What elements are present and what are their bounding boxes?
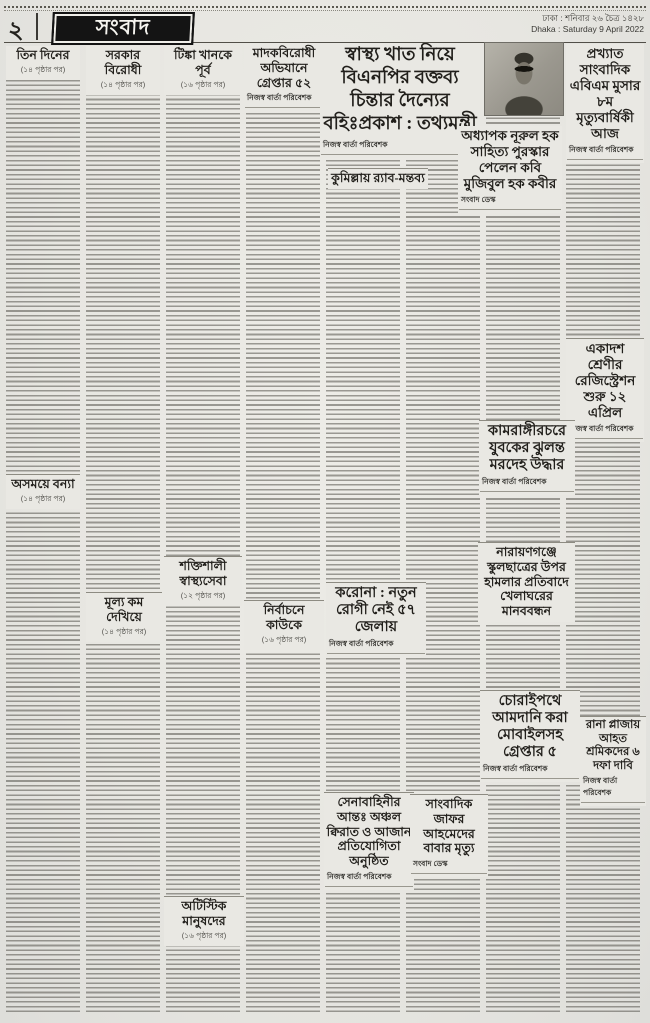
byline: নিজস্ব বার্তা পরিবেশক <box>325 872 413 887</box>
body-text-column <box>6 47 80 1015</box>
continuation-note: (১৬ পৃষ্ঠার পর) <box>165 80 241 92</box>
headline: রানা প্লাজায় আহত শ্রমিকদের ৬ দফা দাবি <box>581 719 645 773</box>
headline: অধ্যাপক নূরুল হক সাহিত্য পুরস্কার পেলেন … <box>459 128 561 192</box>
byline: সংবাদ ডেস্ক <box>411 859 487 874</box>
byline: নিজস্ব বার্তা পরিবেশক <box>567 145 643 160</box>
story-stolen-mobiles: চোরাইপথে আমদানি করা মোবাইলসহ গ্রেপ্তার ৫… <box>480 690 580 782</box>
headline: তিন দিনের <box>7 48 79 63</box>
headline: শক্তিশালী স্বাস্থ্যসেবা <box>165 559 241 589</box>
byline: নিজস্ব বার্তা পরিবেশক <box>245 93 323 108</box>
news-photo <box>484 42 564 116</box>
headline: সেনাবাহিনীর আন্তঃ অঞ্চল ক্বিরাত ও আজান প… <box>325 795 413 869</box>
story-strong-health: শক্তিশালী স্বাস্থ্যসেবা (১২ পৃষ্ঠার পর) <box>164 556 242 606</box>
headline: চোরাইপথে আমদানি করা মোবাইলসহ গ্রেপ্তার ৫ <box>481 693 579 761</box>
headline: সাংবাদিক জাফর আহমেদের বাবার মৃত্যু <box>411 797 487 856</box>
continuation-note: (১৬ পৃষ্ঠার পর) <box>165 931 243 943</box>
masthead-logo: সংবাদ <box>51 12 195 45</box>
headline: নারায়ণগঞ্জে স্কুলছাত্রের উপর হামলার প্র… <box>479 545 574 619</box>
headline: প্রখ্যাত সাংবাদিক এবিএম মুসার ৮ম মৃত্যুব… <box>567 46 643 142</box>
headline: মাদকবিরোধী অভিযানে গ্রেপ্তার ৫২ <box>245 46 323 90</box>
byline: নিজস্ব বার্তা পরিবেশক <box>327 639 425 654</box>
story-comilla-rab: কুমিল্লায় র‍্যাব-মন্তব্য <box>328 168 428 189</box>
body-text-column <box>86 47 160 1015</box>
continuation-note: (১৬ পৃষ্ঠার পর) <box>245 635 323 647</box>
headline: টিঙ্কা খানকে পূর্ব <box>165 48 241 78</box>
story-autistic: অটিস্টিক মানুষদের (১৬ পৃষ্ঠার পর) <box>164 896 244 946</box>
story-three-days: তিন দিনের (১৪ পৃষ্ঠার পর) <box>6 46 80 80</box>
headline: অসময়ে বন্যা <box>7 477 79 492</box>
byline: নিজস্ব বার্তা পরিবেশক <box>481 764 579 779</box>
story-lead: স্বাস্থ্য খাত নিয়ে বিএনপির বক্তব্য চিন্… <box>320 42 480 158</box>
date-english: Dhaka : Saturday 9 April 2022 <box>531 24 644 35</box>
page-number-divider <box>36 13 38 40</box>
continuation-note: (১৪ পৃষ্ঠার পর) <box>87 80 159 92</box>
story-anti-drug: মাদকবিরোধী অভিযানে গ্রেপ্তার ৫২ নিজস্ব ব… <box>244 44 324 111</box>
headline: একাদশ শ্রেণীর রেজিস্ট্রেশন শুরু ১২ এপ্রি… <box>567 341 643 421</box>
continuation-note: (১৪ পৃষ্ঠার পর) <box>7 494 79 506</box>
headline: স্বাস্থ্য খাত নিয়ে বিএনপির বক্তব্য চিন্… <box>321 44 479 137</box>
body-text-column <box>166 47 240 1015</box>
headline: কামরাঙ্গীরচরে যুবকের ঝুলন্ত মরদেহ উদ্ধার <box>480 423 574 474</box>
story-jafar-father: সাংবাদিক জাফর আহমেদের বাবার মৃত্যু সংবাদ… <box>410 794 488 877</box>
story-rana-plaza: রানা প্লাজায় আহত শ্রমিকদের ৬ দফা দাবি ন… <box>580 716 646 806</box>
story-narayanganj: নারায়ণগঞ্জে স্কুলছাত্রের উপর হামলার প্র… <box>478 542 575 622</box>
story-corona: করোনা : নতুন রোগী নেই ৫৭ জেলায় নিজস্ব ব… <box>326 582 426 657</box>
body-text-column <box>566 47 640 1015</box>
story-nurul-award: অধ্যাপক নূরুল হক সাহিত্য পুরস্কার পেলেন … <box>458 126 562 213</box>
story-price-low: মূল্য কম দেখিয়ে (১৪ পৃষ্ঠার পর) <box>86 592 162 642</box>
story-kamrangirchar: কামরাঙ্গীরচরে যুবকের ঝুলন্ত মরদেহ উদ্ধার… <box>479 420 575 495</box>
headline: মূল্য কম দেখিয়ে <box>87 595 161 625</box>
story-class-eleven: একাদশ শ্রেণীর রেজিস্ট্রেশন শুরু ১২ এপ্রি… <box>566 338 644 442</box>
newspaper-page: { "header": { "page_number": "২", "masth… <box>0 0 650 1023</box>
continuation-note: (১৪ পৃষ্ঠার পর) <box>87 627 161 639</box>
continuation-note: (১২ পৃষ্ঠার পর) <box>165 591 241 603</box>
dateline: ঢাকা : শনিবার ২৬ চৈত্র ১৪২৮ Dhaka : Satu… <box>531 13 644 36</box>
headline: সরকার বিরোধী <box>87 48 159 78</box>
story-anti-govt: সরকার বিরোধী (১৪ পৃষ্ঠার পর) <box>86 46 160 95</box>
date-bengali: ঢাকা : শনিবার ২৬ চৈত্র ১৪২৮ <box>531 13 644 24</box>
top-dotted-rule <box>4 6 646 8</box>
headline: নির্বাচনে কাউকে <box>245 603 323 633</box>
story-untimely-flood: অসময়ে বন্যা (১৪ পৃষ্ঠার পর) <box>6 474 80 509</box>
headline: কুমিল্লায় র‍্যাব-মন্তব্য <box>329 171 427 186</box>
story-tinka-khan: টিঙ্কা খানকে পূর্ব (১৬ পৃষ্ঠার পর) <box>164 46 242 95</box>
byline: সংবাদ ডেস্ক <box>459 195 561 210</box>
headline: করোনা : নতুন রোগী নেই ৫৭ জেলায় <box>327 585 425 636</box>
continuation-note: (১৪ পৃষ্ঠার পর) <box>7 65 79 77</box>
byline: নিজস্ব বার্তা পরিবেশক <box>567 424 643 439</box>
headline: অটিস্টিক মানুষদের <box>165 899 243 929</box>
story-election: নির্বাচনে কাউকে (১৬ পৃষ্ঠার পর) <box>244 600 324 650</box>
body-text-column <box>246 47 320 1015</box>
story-army-quirat: সেনাবাহিনীর আন্তঃ অঞ্চল ক্বিরাত ও আজান প… <box>324 792 414 890</box>
byline: নিজস্ব বার্তা পরিবেশক <box>581 776 645 803</box>
byline: নিজস্ব বার্তা পরিবেশক <box>480 477 574 492</box>
byline: নিজস্ব বার্তা পরিবেশক <box>321 140 479 155</box>
story-abm-musa: প্রখ্যাত সাংবাদিক এবিএম মুসার ৮ম মৃত্যুব… <box>566 44 644 163</box>
